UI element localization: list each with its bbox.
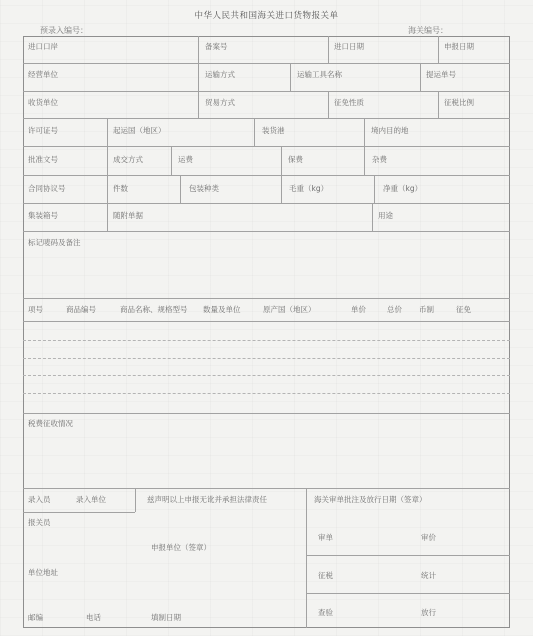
item-header-name-spec: 商品名称、规格型号 [120,305,188,315]
tax-ratio-field[interactable] [439,92,509,118]
form-title: 中华人民共和国海关进口货物报关单 [0,9,533,21]
item-row[interactable] [24,322,509,340]
net-weight-field[interactable] [375,176,509,203]
phone-field[interactable] [82,606,146,626]
declaring-unit-seal-area[interactable] [140,538,300,558]
postcode-field[interactable] [24,606,80,626]
domestic-destination-field[interactable] [365,119,509,146]
marks-remarks-field[interactable] [24,232,509,298]
misc-fees-field[interactable] [365,147,509,175]
origin-country-field[interactable] [108,119,254,146]
customs-approval-label: 海关审单批注及放行日期（签章） [314,495,427,505]
inspection-field[interactable] [307,594,407,627]
statistics-field[interactable] [410,556,509,593]
item-header-exemption: 征免 [456,305,471,315]
item-row[interactable] [24,376,509,393]
item-header-unit-price: 单价 [351,305,366,315]
item-row[interactable] [24,341,509,358]
declarant-field[interactable] [24,513,306,537]
entry-clerk-label: 录入员 [28,495,51,505]
usage-field[interactable] [373,204,509,231]
tax-collection-field[interactable] [307,556,407,593]
row-divider [23,488,510,489]
import-date-field[interactable] [329,37,438,63]
item-row[interactable] [24,394,509,413]
review-price-field[interactable] [410,526,509,554]
transport-mode-field[interactable] [199,64,290,91]
customs-number-label: 海关编号： [408,25,448,36]
insurance-field[interactable] [282,147,364,175]
tax-collection-status-field[interactable] [24,414,509,488]
approval-number-field[interactable] [24,147,107,175]
package-type-field[interactable] [181,176,281,203]
consignee-unit-field[interactable] [24,92,198,118]
container-number-field[interactable] [24,204,107,231]
fill-date-field[interactable] [148,606,304,626]
bill-of-lading-field[interactable] [421,64,509,91]
record-number-field[interactable] [199,37,328,63]
item-row[interactable] [24,359,509,375]
item-header-currency: 币制 [419,305,434,315]
attached-documents-field[interactable] [108,204,372,231]
item-header-origin-country: 原产国（地区） [263,305,316,315]
gross-weight-field[interactable] [282,176,374,203]
vehicle-name-field[interactable] [291,64,420,91]
operating-unit-field[interactable] [24,64,198,91]
row-divider [23,298,510,299]
import-port-field[interactable] [24,37,198,63]
trade-mode-field[interactable] [199,92,328,118]
entry-unit-label: 录入单位 [76,495,106,505]
loading-port-field[interactable] [255,119,364,146]
declaration-date-field[interactable] [439,37,509,63]
contract-number-field[interactable] [24,176,107,203]
item-header-no: 项号 [28,305,43,315]
exemption-nature-field[interactable] [329,92,438,118]
review-document-field[interactable] [307,526,407,554]
item-header-total-price: 总价 [387,305,402,315]
license-number-field[interactable] [24,119,107,146]
freight-field[interactable] [172,147,281,175]
release-field[interactable] [410,594,509,627]
transaction-mode-field[interactable] [108,147,171,175]
package-count-field[interactable] [108,176,180,203]
declaration-statement: 兹声明以上申报无讹并承担法律责任 [147,495,267,505]
item-header-commodity-code: 商品编号 [66,305,96,315]
col-divider [135,488,136,512]
item-header-quantity-unit: 数量及单位 [203,305,241,315]
unit-address-field[interactable] [24,560,306,588]
pre-entry-number-label: 预录入编号： [40,25,88,36]
